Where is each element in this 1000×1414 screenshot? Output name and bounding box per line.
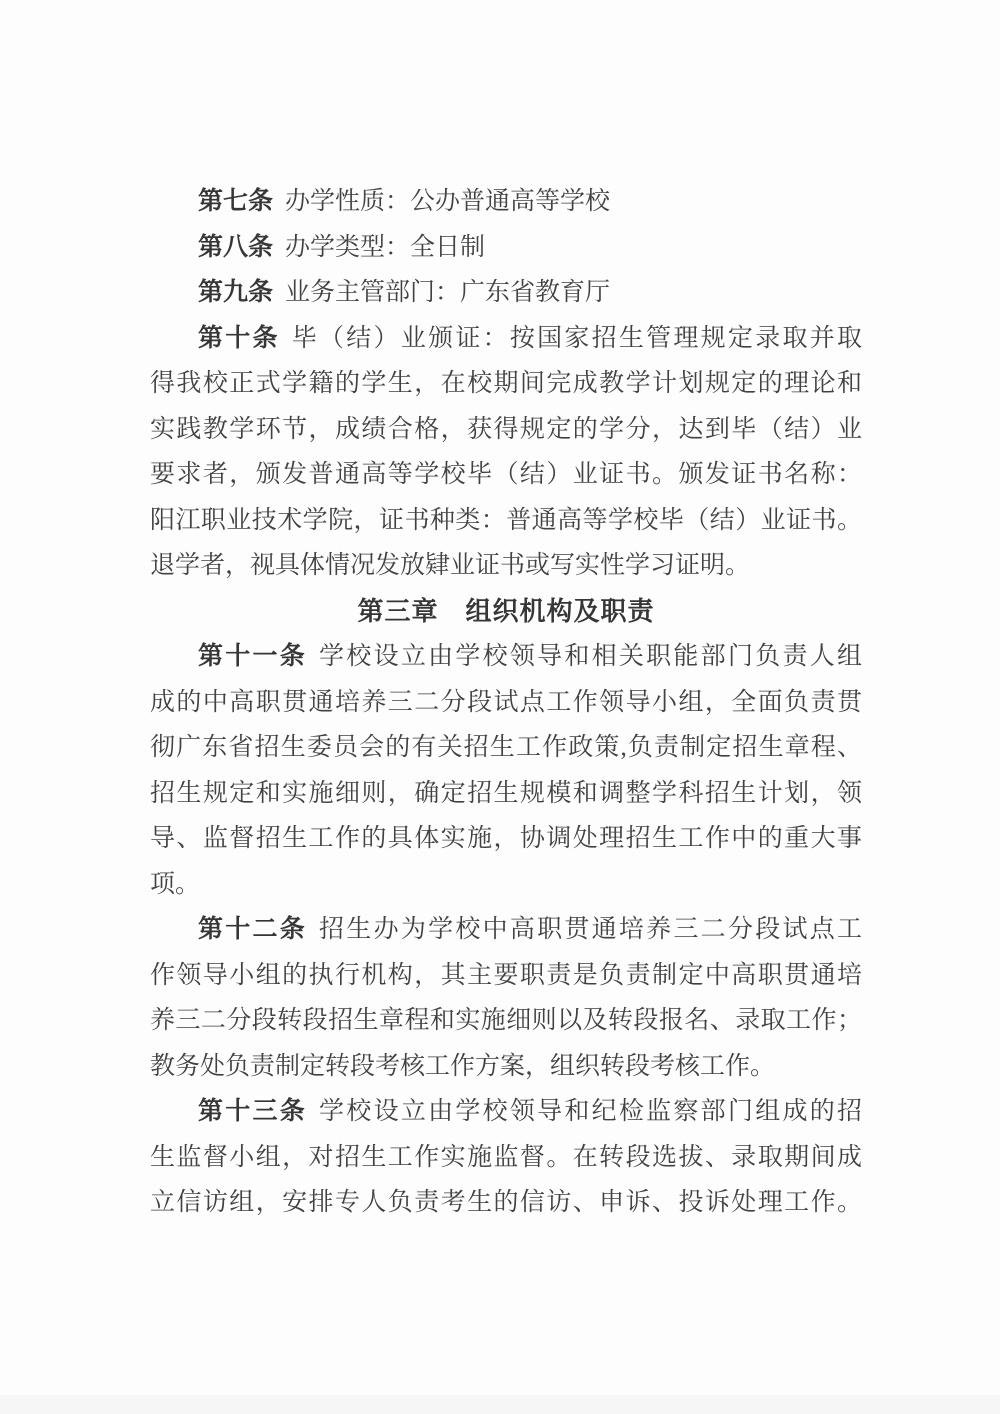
article-first-line: 第八条办学类型：全日制 xyxy=(150,225,862,271)
article-line: 作领导小组的执行机构，其主要职责是负责制定中高职贯通培 xyxy=(150,953,862,999)
article-first-line: 第九条业务主管部门：广东省教育厅 xyxy=(150,270,862,316)
article-text: 办学类型：全日制 xyxy=(285,234,485,261)
article-line: 实践教学环节，成绩合格，获得规定的学分，达到毕（结）业 xyxy=(150,407,862,453)
document-body: 第七条办学性质：公办普通高等学校第八条办学类型：全日制第九条业务主管部门：广东省… xyxy=(150,179,862,1226)
article-line: 彻广东省招生委员会的有关招生工作政策,负责制定招生章程、 xyxy=(150,725,862,771)
article-first-line: 第七条办学性质：公办普通高等学校 xyxy=(150,179,862,225)
article-line: 立信访组，安排专人负责考生的信访、申诉、投诉处理工作。 xyxy=(150,1180,862,1226)
article-text: 学校设立由学校领导和纪检监察部门组成的招 xyxy=(319,1098,862,1125)
chapter-heading: 第三章 组织机构及职责 xyxy=(150,589,862,635)
article-text: 学校设立由学校领导和相关职能部门负责人组 xyxy=(319,643,862,670)
article-first-line: 第十条毕（结）业颁证：按国家招生管理规定录取并取 xyxy=(150,316,862,362)
article-first-line: 第十三条学校设立由学校领导和纪检监察部门组成的招 xyxy=(150,1089,862,1135)
article-first-line: 第十二条招生办为学校中高职贯通培养三二分段试点工 xyxy=(150,907,862,953)
article-line: 教务处负责制定转段考核工作方案，组织转段考核工作。 xyxy=(150,1044,862,1090)
article-text: 办学性质：公办普通高等学校 xyxy=(285,188,610,215)
article-text: 招生办为学校中高职贯通培养三二分段试点工 xyxy=(319,916,862,943)
article-line: 生监督小组，对招生工作实施监督。在转段选拔、录取期间成 xyxy=(150,1135,862,1181)
article-number: 第十一条 xyxy=(198,643,307,670)
article-number: 第八条 xyxy=(198,234,273,261)
article-text: 业务主管部门：广东省教育厅 xyxy=(285,279,610,306)
article-line: 招生规定和实施细则，确定招生规模和调整学科招生计划，领 xyxy=(150,771,862,817)
page-bottom-shade xyxy=(0,1395,1000,1414)
article-text: 毕（结）业颁证：按国家招生管理规定录取并取 xyxy=(292,325,862,352)
article-number: 第九条 xyxy=(198,279,273,306)
article-number: 第七条 xyxy=(198,188,273,215)
article-number: 第十二条 xyxy=(198,916,307,943)
article-line: 成的中高职贯通培养三二分段试点工作领导小组，全面负责贯 xyxy=(150,680,862,726)
article-line: 要求者，颁发普通高等学校毕（结）业证书。颁发证书名称： xyxy=(150,452,862,498)
article-number: 第十三条 xyxy=(198,1098,307,1125)
article-first-line: 第十一条学校设立由学校领导和相关职能部门负责人组 xyxy=(150,634,862,680)
article-line: 项。 xyxy=(150,862,862,908)
article-line: 养三二分段转段招生章程和实施细则以及转段报名、录取工作； xyxy=(150,998,862,1044)
article-line: 阳江职业技术学院，证书种类：普通高等学校毕（结）业证书。 xyxy=(150,498,862,544)
article-line: 得我校正式学籍的学生，在校期间完成教学计划规定的理论和 xyxy=(150,361,862,407)
document-page: 第七条办学性质：公办普通高等学校第八条办学类型：全日制第九条业务主管部门：广东省… xyxy=(0,0,1000,1414)
article-number: 第十条 xyxy=(198,325,280,352)
article-line: 导、监督招生工作的具体实施，协调处理招生工作中的重大事 xyxy=(150,816,862,862)
article-line: 退学者，视具体情况发放肄业证书或写实性学习证明。 xyxy=(150,543,862,589)
